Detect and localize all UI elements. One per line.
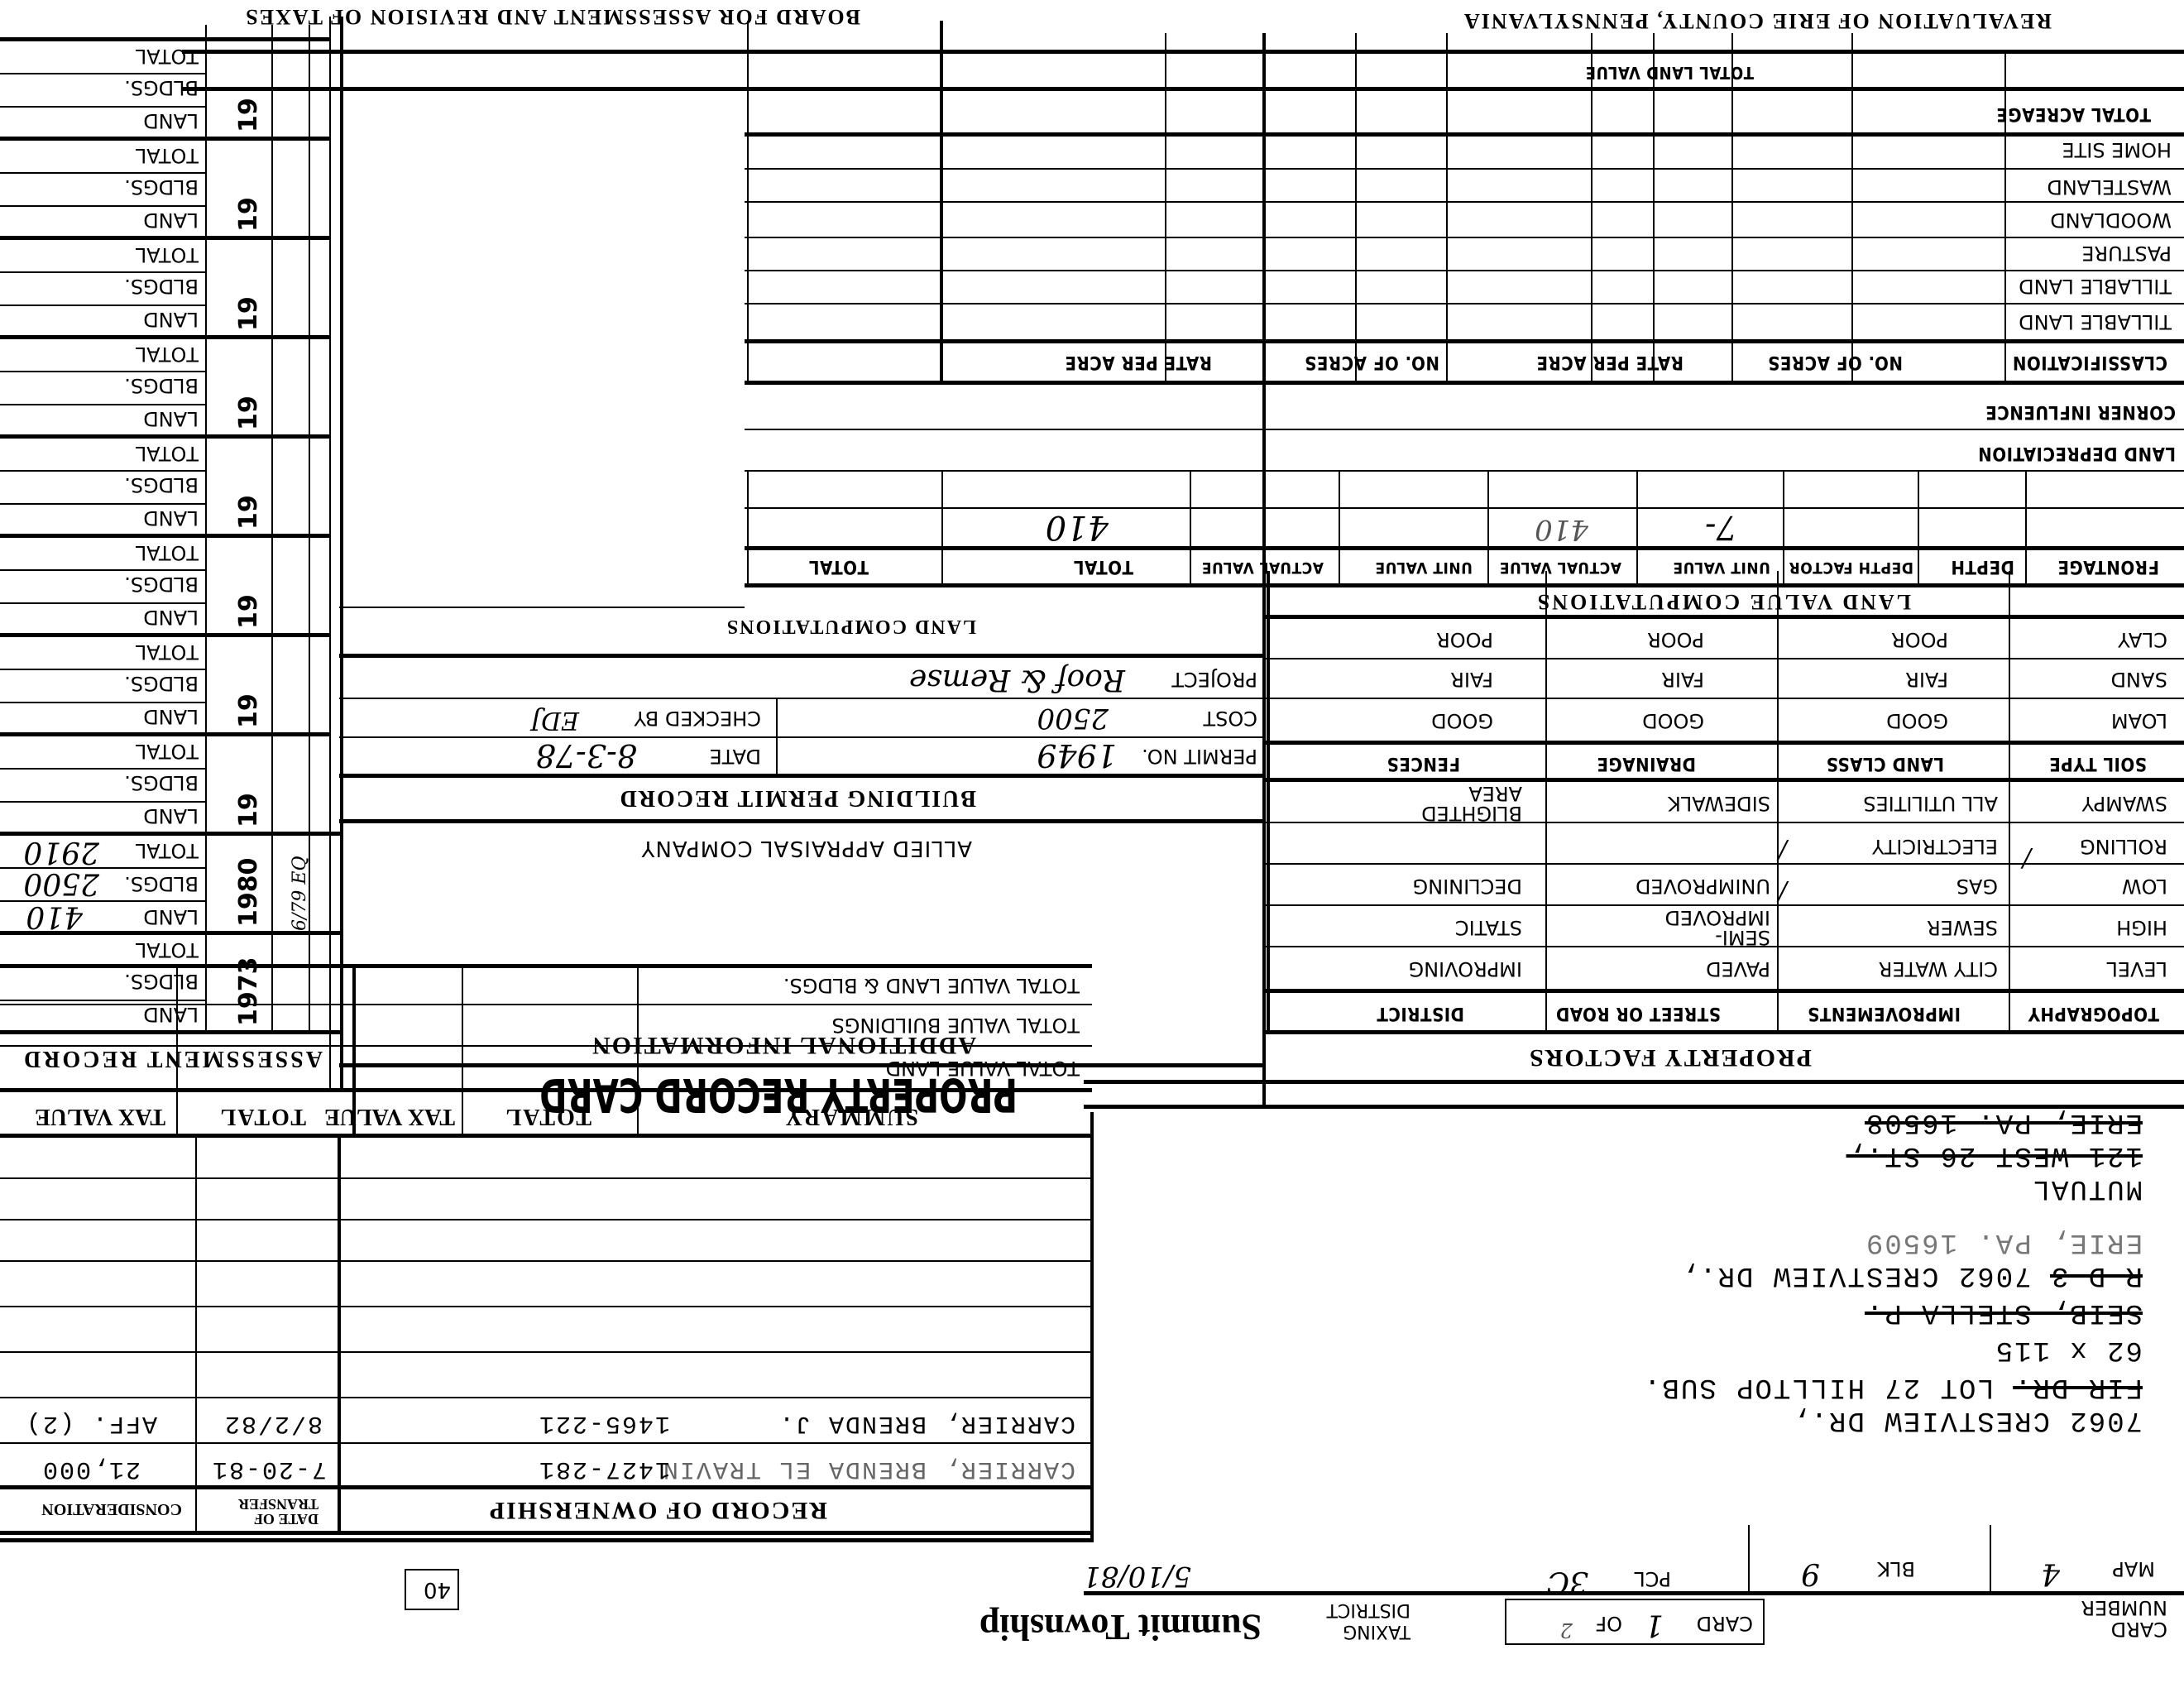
summary-col-tax-value-2: TAX VALUE (35, 1103, 165, 1129)
col-land-class: LAND CLASS (1826, 753, 1944, 774)
assessment-bldgs: 2500 (23, 866, 99, 900)
lvc-total: 410 (1046, 508, 1109, 546)
check-mark: / (1779, 836, 1787, 865)
assessment-title: ASSESSMENT RECORD (22, 1045, 323, 1072)
assessment-year: 1973 (234, 957, 263, 1027)
card-value: 1 (1645, 1608, 1664, 1642)
col-consideration: CONSIDERATION (41, 1499, 182, 1518)
map-value: 4 (2041, 1556, 2060, 1590)
blk-value: 9 (1801, 1556, 1820, 1590)
owner-name: CARRIER, BRENDA J. (778, 1409, 1075, 1437)
col-improvements: IMPROVEMENTS (1808, 1003, 1961, 1024)
summary-col-total-2: TOTAL (219, 1103, 306, 1129)
pcl-label: PCL (1634, 1567, 1671, 1590)
lvc-actual-value: 410 (1535, 513, 1588, 546)
map-label: MAP (2112, 1557, 2155, 1580)
col-drainage: DRAINAGE (1597, 753, 1696, 774)
lvc-title: LAND VALUE COMPUTATIONS (1535, 589, 1911, 614)
lvc-unit-value: 7- (1705, 508, 1737, 546)
col-district: DISTRICT (1377, 1003, 1464, 1024)
permit-project: Roof & Remse (909, 663, 1125, 697)
taxing-district-value: Summit Township (979, 1606, 1262, 1648)
col-street-or-road: STREET OR ROAD (1555, 1003, 1721, 1024)
assessment-total: 2910 (23, 835, 99, 869)
card-of-label: OF (1595, 1612, 1622, 1635)
taxing-district-label: TAXING DISTRICT (1303, 1599, 1410, 1642)
ownership-title: RECORD OF OWNERSHIP (488, 1496, 827, 1524)
permit-cost: 2500 (1037, 702, 1109, 735)
deed-book: 1465-221 (538, 1409, 670, 1437)
card-title: PROPERTY RECORD CARD (539, 1067, 1018, 1121)
assessment-year: 1980 (234, 858, 263, 928)
permit-value: 1949 (1037, 737, 1117, 774)
building-permit-title: BUILDING PERMIT RECORD (619, 784, 976, 811)
company-name: ALLIED APPRAISAL COMPANY (641, 836, 972, 861)
deed-book: 1427-281 (538, 1455, 670, 1483)
district-code-box: 40 (405, 1569, 459, 1610)
col-fences: FENCES (1387, 753, 1460, 774)
permit-date: 8-3-78 (536, 737, 637, 774)
card-number-label: CARD NUMBER (2068, 1597, 2167, 1640)
checked-by: EDJ (531, 706, 579, 735)
additional-info-title: ADDITIONAL INFORMATION (591, 1031, 976, 1059)
assessment-note: 6/79 EQ (290, 856, 310, 932)
consideration: 21,000 (41, 1455, 141, 1483)
card-label: CARD (1697, 1612, 1753, 1635)
transfer-date: 7-20-81 (211, 1455, 327, 1483)
transfer-date: 8/2/82 (223, 1409, 323, 1437)
parcel-handwritten-date: 5/10/81 (1083, 1560, 1191, 1593)
card-of-value: 2 (1560, 1618, 1573, 1642)
property-record-card: CARD NUMBER CARD 1 OF 2 TAXING DISTRICT … (0, 0, 2184, 1688)
col-soil-type: SOIL TYPE (2049, 753, 2147, 774)
pcl-value: 3C (1547, 1565, 1588, 1599)
consideration: AFF. (2) (25, 1409, 157, 1437)
summary-col-tax-value: TAX VALUE (324, 1103, 455, 1129)
card-of-box: CARD 1 OF 2 (1505, 1599, 1765, 1645)
col-date-of-transfer: DATE OF TRANSFER (203, 1497, 318, 1527)
check-mark: / (2023, 844, 2031, 873)
land-computations-title: LAND COMPUTATIONS (726, 615, 976, 637)
owner-name: CARRIER, BRENDA EL TRAVIN (662, 1455, 1075, 1483)
assessment-land: 410 (26, 899, 83, 933)
col-topography: TOPOGRAPHY (2028, 1003, 2159, 1024)
property-factors-title: PROPERTY FACTORS (1528, 1043, 1812, 1072)
blk-label: BLK (1877, 1557, 1915, 1580)
summary-row-land-bldgs: TOTAL VALUE LAND & BLDGS. (783, 974, 1080, 997)
county-header: REVALUATION OF ERIE COUNTY, PENNSYLVANIA (1463, 8, 2052, 33)
check-mark: / (1779, 877, 1787, 906)
board-header: BOARD FOR ASSESSMENT AND REVISION OF TAX… (244, 4, 860, 29)
